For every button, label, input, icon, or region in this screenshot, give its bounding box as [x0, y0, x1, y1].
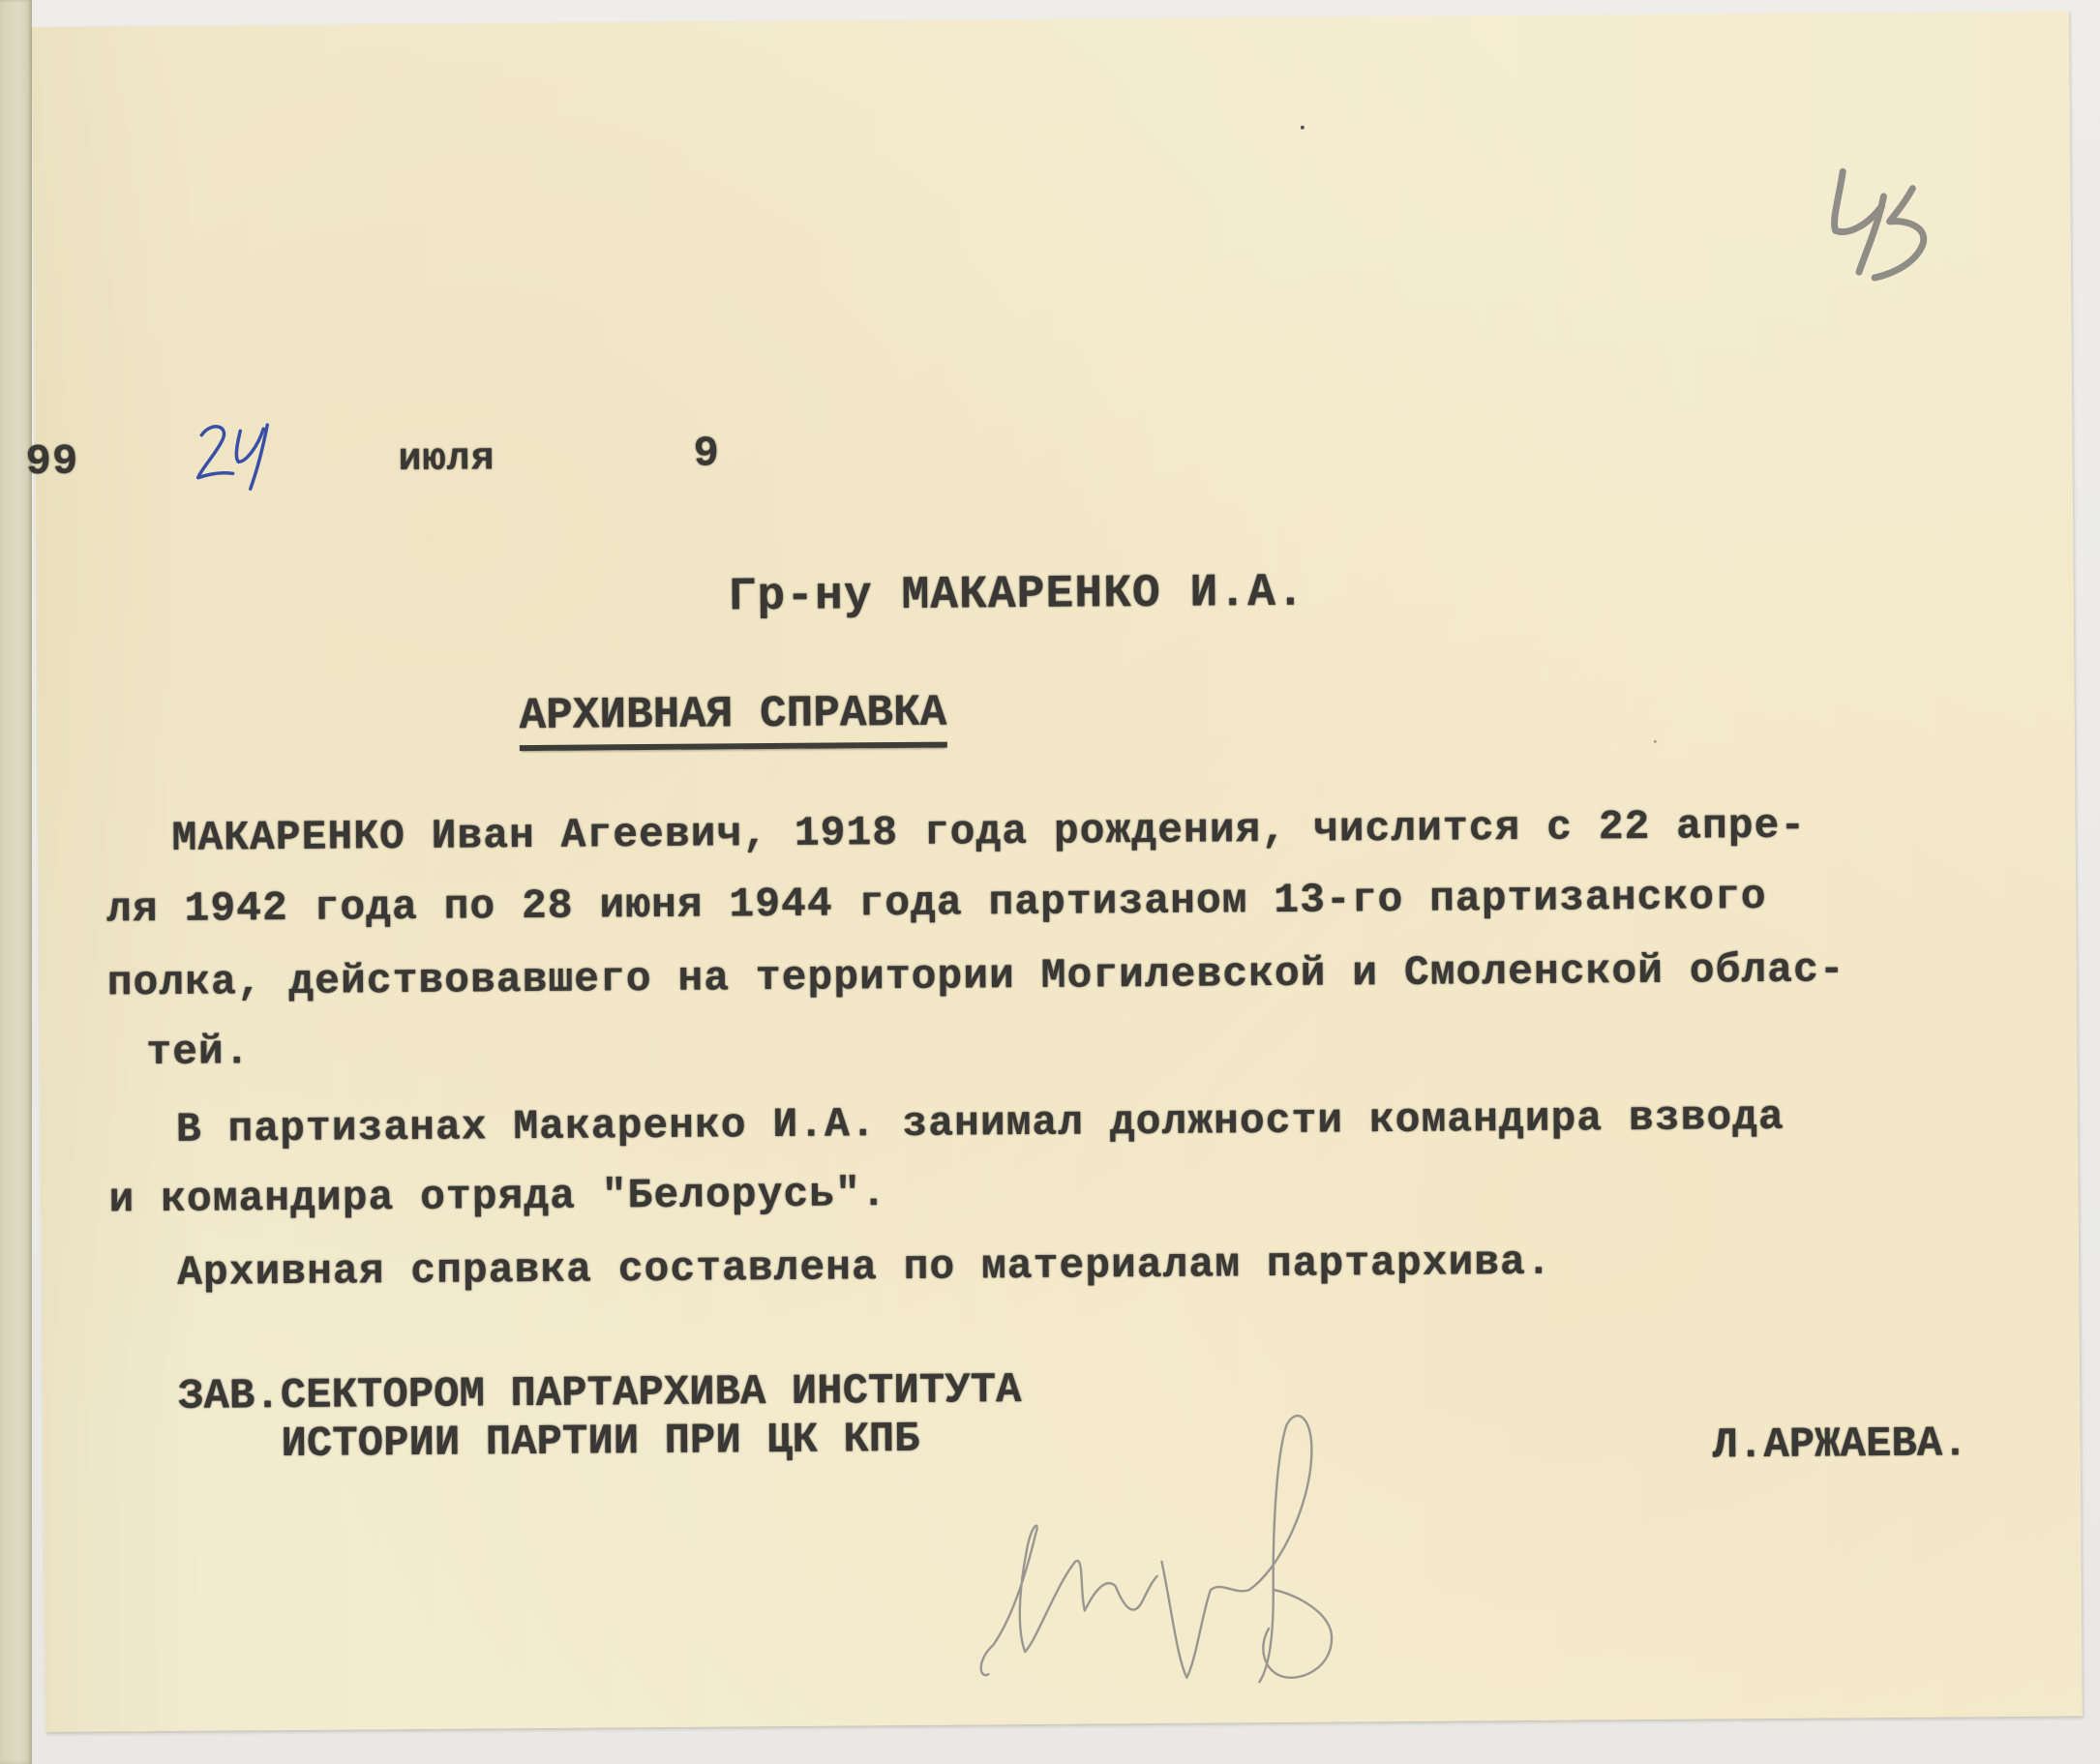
paragraph-1-line-3: полка, действовавшего на территории Моги…: [107, 945, 1845, 1006]
paragraph-1-line-2: ля 1942 года по 28 июня 1944 года партиз…: [106, 873, 1767, 933]
date-year-suffix: 9: [693, 430, 720, 478]
addressee: Гр-ну МАКАРЕНКО И.А.: [728, 567, 1305, 624]
binding-gutter: [0, 0, 32, 1764]
date-month: июля: [398, 437, 495, 482]
handwritten-page-number: [1814, 157, 1989, 303]
paragraph-2-line-1: В партизанах Макаренко И.А. занимал долж…: [176, 1093, 1785, 1153]
signer-position-line-2: ИСТОРИИ ПАРТИИ ПРИ ЦК КПБ: [281, 1416, 919, 1469]
signer-name: Л.АРЖАЕВА.: [1712, 1420, 1967, 1470]
document-title: АРХИВНАЯ СПРАВКА: [519, 688, 946, 751]
date-year-prefix: 99: [25, 438, 78, 487]
paragraph-2-line-2: и командира отряда "Белорусь".: [108, 1170, 887, 1223]
paragraph-1-line-4: тей.: [146, 1028, 251, 1076]
handwritten-day: [190, 417, 297, 495]
paper-speck: [1301, 126, 1305, 130]
paper-speck: [1654, 740, 1657, 743]
handwritten-signature: [947, 1395, 1356, 1689]
paragraph-3-line-1: Архивная справка составлена по материала…: [177, 1239, 1552, 1297]
paragraph-1-line-1: МАКАРЕНКО Иван Агеевич, 1918 года рожден…: [171, 802, 1806, 862]
document-sheet: 43 99 24 июля 9 Гр-ну МАКАРЕНКО И.А. АРХ…: [32, 11, 2083, 1731]
signer-position-line-1: ЗАВ.СЕКТОРОМ ПАРТАРХИВА ИНСТИТУТА: [178, 1366, 1022, 1421]
